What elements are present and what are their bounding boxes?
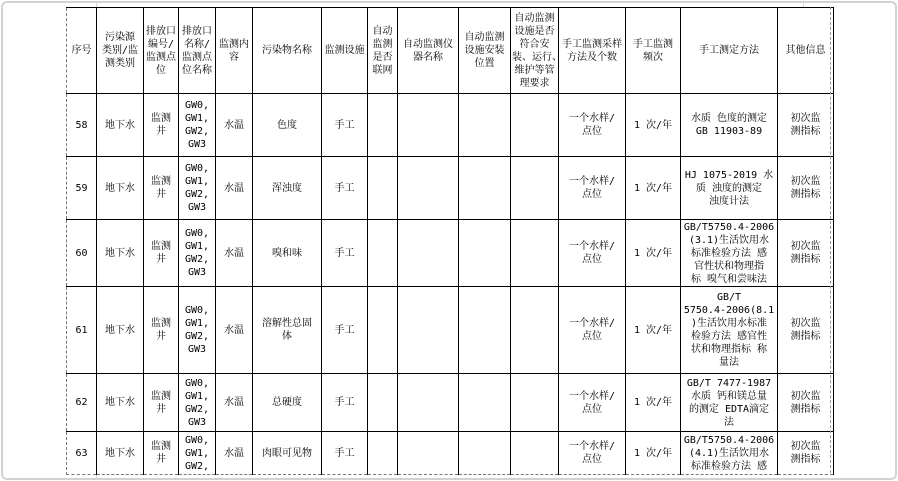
table-row: 63 地下水 监测 井 GW0, GW1, GW2, 水温 肉眼可见物 手工 一… <box>67 432 834 475</box>
monitoring-table: 序号 污染源 类别/监 测类别 排放口 编号/ 监测点 位 排放口 名称/ 监测… <box>66 7 834 475</box>
cell-facility: 手工 <box>322 220 368 287</box>
cell-auto-install-location <box>459 94 511 157</box>
cell-auto-compliance <box>511 94 559 157</box>
cell-auto-install-location <box>459 374 511 432</box>
cell-auto-instrument <box>398 287 459 374</box>
cell-pollutant: 溶解性总固 体 <box>253 287 322 374</box>
cell-outlet-name: GW0, GW1, GW2, GW3 <box>179 157 216 220</box>
cell-auto-compliance <box>511 157 559 220</box>
cell-serial: 62 <box>67 374 97 432</box>
cell-outlet-no: 监测 井 <box>144 94 179 157</box>
cell-auto-compliance <box>511 374 559 432</box>
table-row: 59 地下水 监测 井 GW0, GW1, GW2, GW3 水温 浑浊度 手工… <box>67 157 834 220</box>
col-header-auto-instrument: 自动监测仪 器名称 <box>398 8 459 94</box>
cell-facility: 手工 <box>322 432 368 475</box>
cell-other-info: 初次监 测指标 <box>778 157 834 220</box>
cell-sampling-method: 一个水样/ 点位 <box>559 374 626 432</box>
table-row: 58 地下水 监测 井 GW0, GW1, GW2, GW3 水温 色度 手工 … <box>67 94 834 157</box>
cell-monitor-content: 水温 <box>216 287 253 374</box>
cell-monitor-content: 水温 <box>216 157 253 220</box>
col-header-source-category: 污染源 类别/监 测类别 <box>97 8 144 94</box>
cell-serial: 63 <box>67 432 97 475</box>
cell-frequency: 1 次/年 <box>626 374 681 432</box>
cell-auto-instrument <box>398 432 459 475</box>
cell-source-category: 地下水 <box>97 220 144 287</box>
screenshot-stage: 序号 污染源 类别/监 测类别 排放口 编号/ 监测点 位 排放口 名称/ 监测… <box>0 0 898 481</box>
cell-source-category: 地下水 <box>97 94 144 157</box>
cell-outlet-no: 监测 井 <box>144 432 179 475</box>
cell-auto-install-location <box>459 220 511 287</box>
cell-serial: 60 <box>67 220 97 287</box>
cell-pollutant: 总硬度 <box>253 374 322 432</box>
cell-monitor-content: 水温 <box>216 374 253 432</box>
cell-other-info: 初次监 测指标 <box>778 432 834 475</box>
cell-sampling-method: 一个水样/ 点位 <box>559 94 626 157</box>
col-header-auto-compliance: 自动监测 设施是否 符合安 装、运行、 维护等管 理要求 <box>511 8 559 94</box>
cell-monitor-content: 水温 <box>216 220 253 287</box>
cell-frequency: 1 次/年 <box>626 157 681 220</box>
cell-determination-method: 水质 色度的测定 GB 11903-89 <box>681 94 778 157</box>
col-header-frequency: 手工监测 频次 <box>626 8 681 94</box>
cell-frequency: 1 次/年 <box>626 287 681 374</box>
cell-auto-instrument <box>398 220 459 287</box>
cell-auto-compliance <box>511 287 559 374</box>
cell-frequency: 1 次/年 <box>626 432 681 475</box>
cell-monitor-content: 水温 <box>216 94 253 157</box>
page-break-line <box>830 7 831 473</box>
cell-outlet-name: GW0, GW1, GW2, GW3 <box>179 94 216 157</box>
cell-auto-compliance <box>511 432 559 475</box>
cell-facility: 手工 <box>322 374 368 432</box>
col-header-other-info: 其他信息 <box>778 8 834 94</box>
col-header-serial: 序号 <box>67 8 97 94</box>
cell-source-category: 地下水 <box>97 287 144 374</box>
cell-monitor-content: 水温 <box>216 432 253 475</box>
cell-facility: 手工 <box>322 94 368 157</box>
col-header-monitor-content: 监测内 容 <box>216 8 253 94</box>
cell-source-category: 地下水 <box>97 374 144 432</box>
cell-auto-networked <box>368 157 398 220</box>
table-row: 61 地下水 监测 井 GW0, GW1, GW2, GW3 水温 溶解性总固 … <box>67 287 834 374</box>
cell-auto-compliance <box>511 220 559 287</box>
cell-sampling-method: 一个水样/ 点位 <box>559 157 626 220</box>
cell-determination-method: GB/T 7477-1987 水质 钙和镁总量 的测定 EDTA滴定 法 <box>681 374 778 432</box>
cell-auto-install-location <box>459 287 511 374</box>
cell-auto-instrument <box>398 374 459 432</box>
cell-outlet-name: GW0, GW1, GW2, <box>179 432 216 475</box>
cell-determination-method: GB/T5750.4-2006 (3.1)生活饮用水 标准检验方法 感 官性状和… <box>681 220 778 287</box>
cell-auto-networked <box>368 220 398 287</box>
cell-outlet-no: 监测 井 <box>144 220 179 287</box>
cell-auto-networked <box>368 94 398 157</box>
col-header-outlet-no: 排放口 编号/ 监测点 位 <box>144 8 179 94</box>
cell-outlet-name: GW0, GW1, GW2, GW3 <box>179 220 216 287</box>
cell-determination-method: GB/T5750.4-2006 (4.1)生活饮用水 标准检验方法 感 <box>681 432 778 475</box>
cell-auto-install-location <box>459 432 511 475</box>
cell-sampling-method: 一个水样/ 点位 <box>559 432 626 475</box>
cell-other-info: 初次监 测指标 <box>778 374 834 432</box>
cell-pollutant: 肉眼可见物 <box>253 432 322 475</box>
cell-pollutant: 色度 <box>253 94 322 157</box>
cell-facility: 手工 <box>322 157 368 220</box>
cell-outlet-name: GW0, GW1, GW2, GW3 <box>179 287 216 374</box>
cell-sampling-method: 一个水样/ 点位 <box>559 287 626 374</box>
col-header-sampling-method: 手工监测采样 方法及个数 <box>559 8 626 94</box>
cell-other-info: 初次监 测指标 <box>778 94 834 157</box>
cell-frequency: 1 次/年 <box>626 94 681 157</box>
cell-source-category: 地下水 <box>97 432 144 475</box>
col-header-facility: 监测设施 <box>322 8 368 94</box>
col-header-outlet-name: 排放口 名称/ 监测点 位名称 <box>179 8 216 94</box>
cell-outlet-no: 监测 井 <box>144 374 179 432</box>
cell-auto-instrument <box>398 157 459 220</box>
table-header-row: 序号 污染源 类别/监 测类别 排放口 编号/ 监测点 位 排放口 名称/ 监测… <box>67 8 834 94</box>
cell-other-info: 初次监 测指标 <box>778 220 834 287</box>
cell-facility: 手工 <box>322 287 368 374</box>
cell-sampling-method: 一个水样/ 点位 <box>559 220 626 287</box>
col-header-determination-method: 手工测定方法 <box>681 8 778 94</box>
cell-determination-method: HJ 1075-2019 水 质 浊度的测定 浊度计法 <box>681 157 778 220</box>
cell-auto-networked <box>368 287 398 374</box>
cell-pollutant: 浑浊度 <box>253 157 322 220</box>
cell-outlet-no: 监测 井 <box>144 157 179 220</box>
cell-source-category: 地下水 <box>97 157 144 220</box>
col-header-auto-networked: 自动 监测 是否 联网 <box>368 8 398 94</box>
col-header-auto-install-location: 自动监测 设施安装 位置 <box>459 8 511 94</box>
cell-outlet-name: GW0, GW1, GW2, GW3 <box>179 374 216 432</box>
cell-determination-method: GB/T 5750.4-2006(8.1 )生活饮用水标准 检验方法 感官性 状… <box>681 287 778 374</box>
cell-auto-networked <box>368 432 398 475</box>
cell-serial: 59 <box>67 157 97 220</box>
cell-serial: 61 <box>67 287 97 374</box>
cell-pollutant: 嗅和味 <box>253 220 322 287</box>
table-row: 62 地下水 监测 井 GW0, GW1, GW2, GW3 水温 总硬度 手工… <box>67 374 834 432</box>
table-row: 60 地下水 监测 井 GW0, GW1, GW2, GW3 水温 嗅和味 手工… <box>67 220 834 287</box>
cell-auto-networked <box>368 374 398 432</box>
cell-auto-instrument <box>398 94 459 157</box>
col-header-pollutant: 污染物名称 <box>253 8 322 94</box>
cell-frequency: 1 次/年 <box>626 220 681 287</box>
cell-auto-install-location <box>459 157 511 220</box>
cell-other-info: 初次监 测指标 <box>778 287 834 374</box>
cell-outlet-no: 监测 井 <box>144 287 179 374</box>
cell-serial: 58 <box>67 94 97 157</box>
